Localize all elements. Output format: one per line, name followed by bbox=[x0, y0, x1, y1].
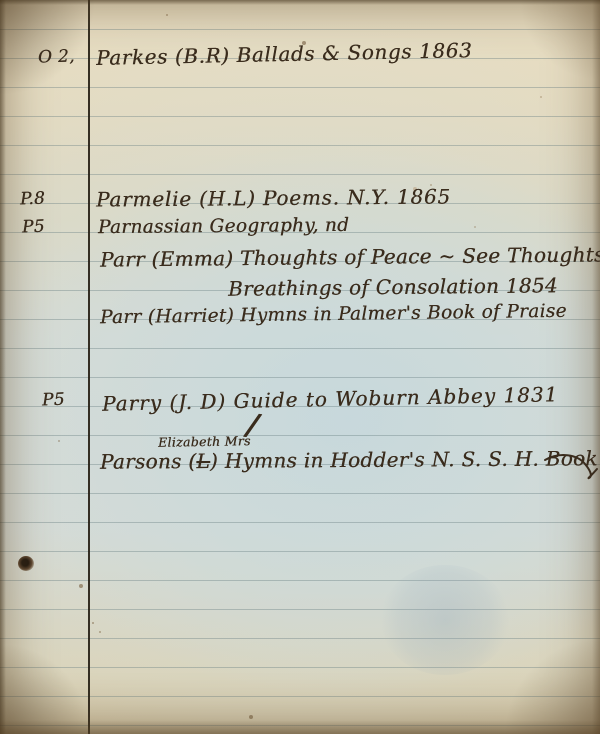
entry-text: Parry (J. D) Guide to Woburn Abbey 1831 bbox=[102, 382, 559, 416]
paper-stain bbox=[380, 565, 510, 675]
shelfmark: P.8 bbox=[20, 189, 46, 210]
struck-initial: L bbox=[196, 449, 210, 473]
entry-text: Parr (Harriet) Hymns in Palmer's Book of… bbox=[100, 301, 567, 329]
paper-specks bbox=[0, 0, 2, 2]
entry-text-prefix: Parsons ( bbox=[100, 449, 197, 474]
page-vignette bbox=[0, 0, 600, 734]
ledger-page: O 2, Parkes (B.R) Ballads & Songs 1863 P… bbox=[0, 0, 600, 734]
ink-blot bbox=[18, 556, 34, 571]
entry-text: Parkes (B.R) Ballads & Songs 1863 bbox=[96, 38, 473, 70]
shelfmark: O 2, bbox=[38, 46, 75, 67]
shelfmark: P5 bbox=[42, 390, 66, 411]
margin-rule-line bbox=[88, 0, 90, 734]
entry-text: Parnassian Geography, nd bbox=[98, 215, 349, 238]
ruled-lines bbox=[0, 1, 600, 734]
entry-text: Parr (Emma) Thoughts of Peace ~ See Thou… bbox=[100, 242, 600, 271]
superscript-annotation: Elizabeth Mrs bbox=[158, 433, 251, 450]
entry-text: Parsons (L) Hymns in Hodder's N. S. S. H… bbox=[100, 446, 598, 473]
flourish-stroke-icon bbox=[543, 452, 599, 482]
entry-text: Parmelie (H.L) Poems. N.Y. 1865 bbox=[96, 184, 451, 211]
entry-continuation: Breathings of Consolation 1854 bbox=[228, 273, 558, 300]
shelfmark: P5 bbox=[22, 217, 46, 238]
entry-text-suffix: ) Hymns in Hodder's N. S. S. H. Book bbox=[210, 446, 598, 473]
